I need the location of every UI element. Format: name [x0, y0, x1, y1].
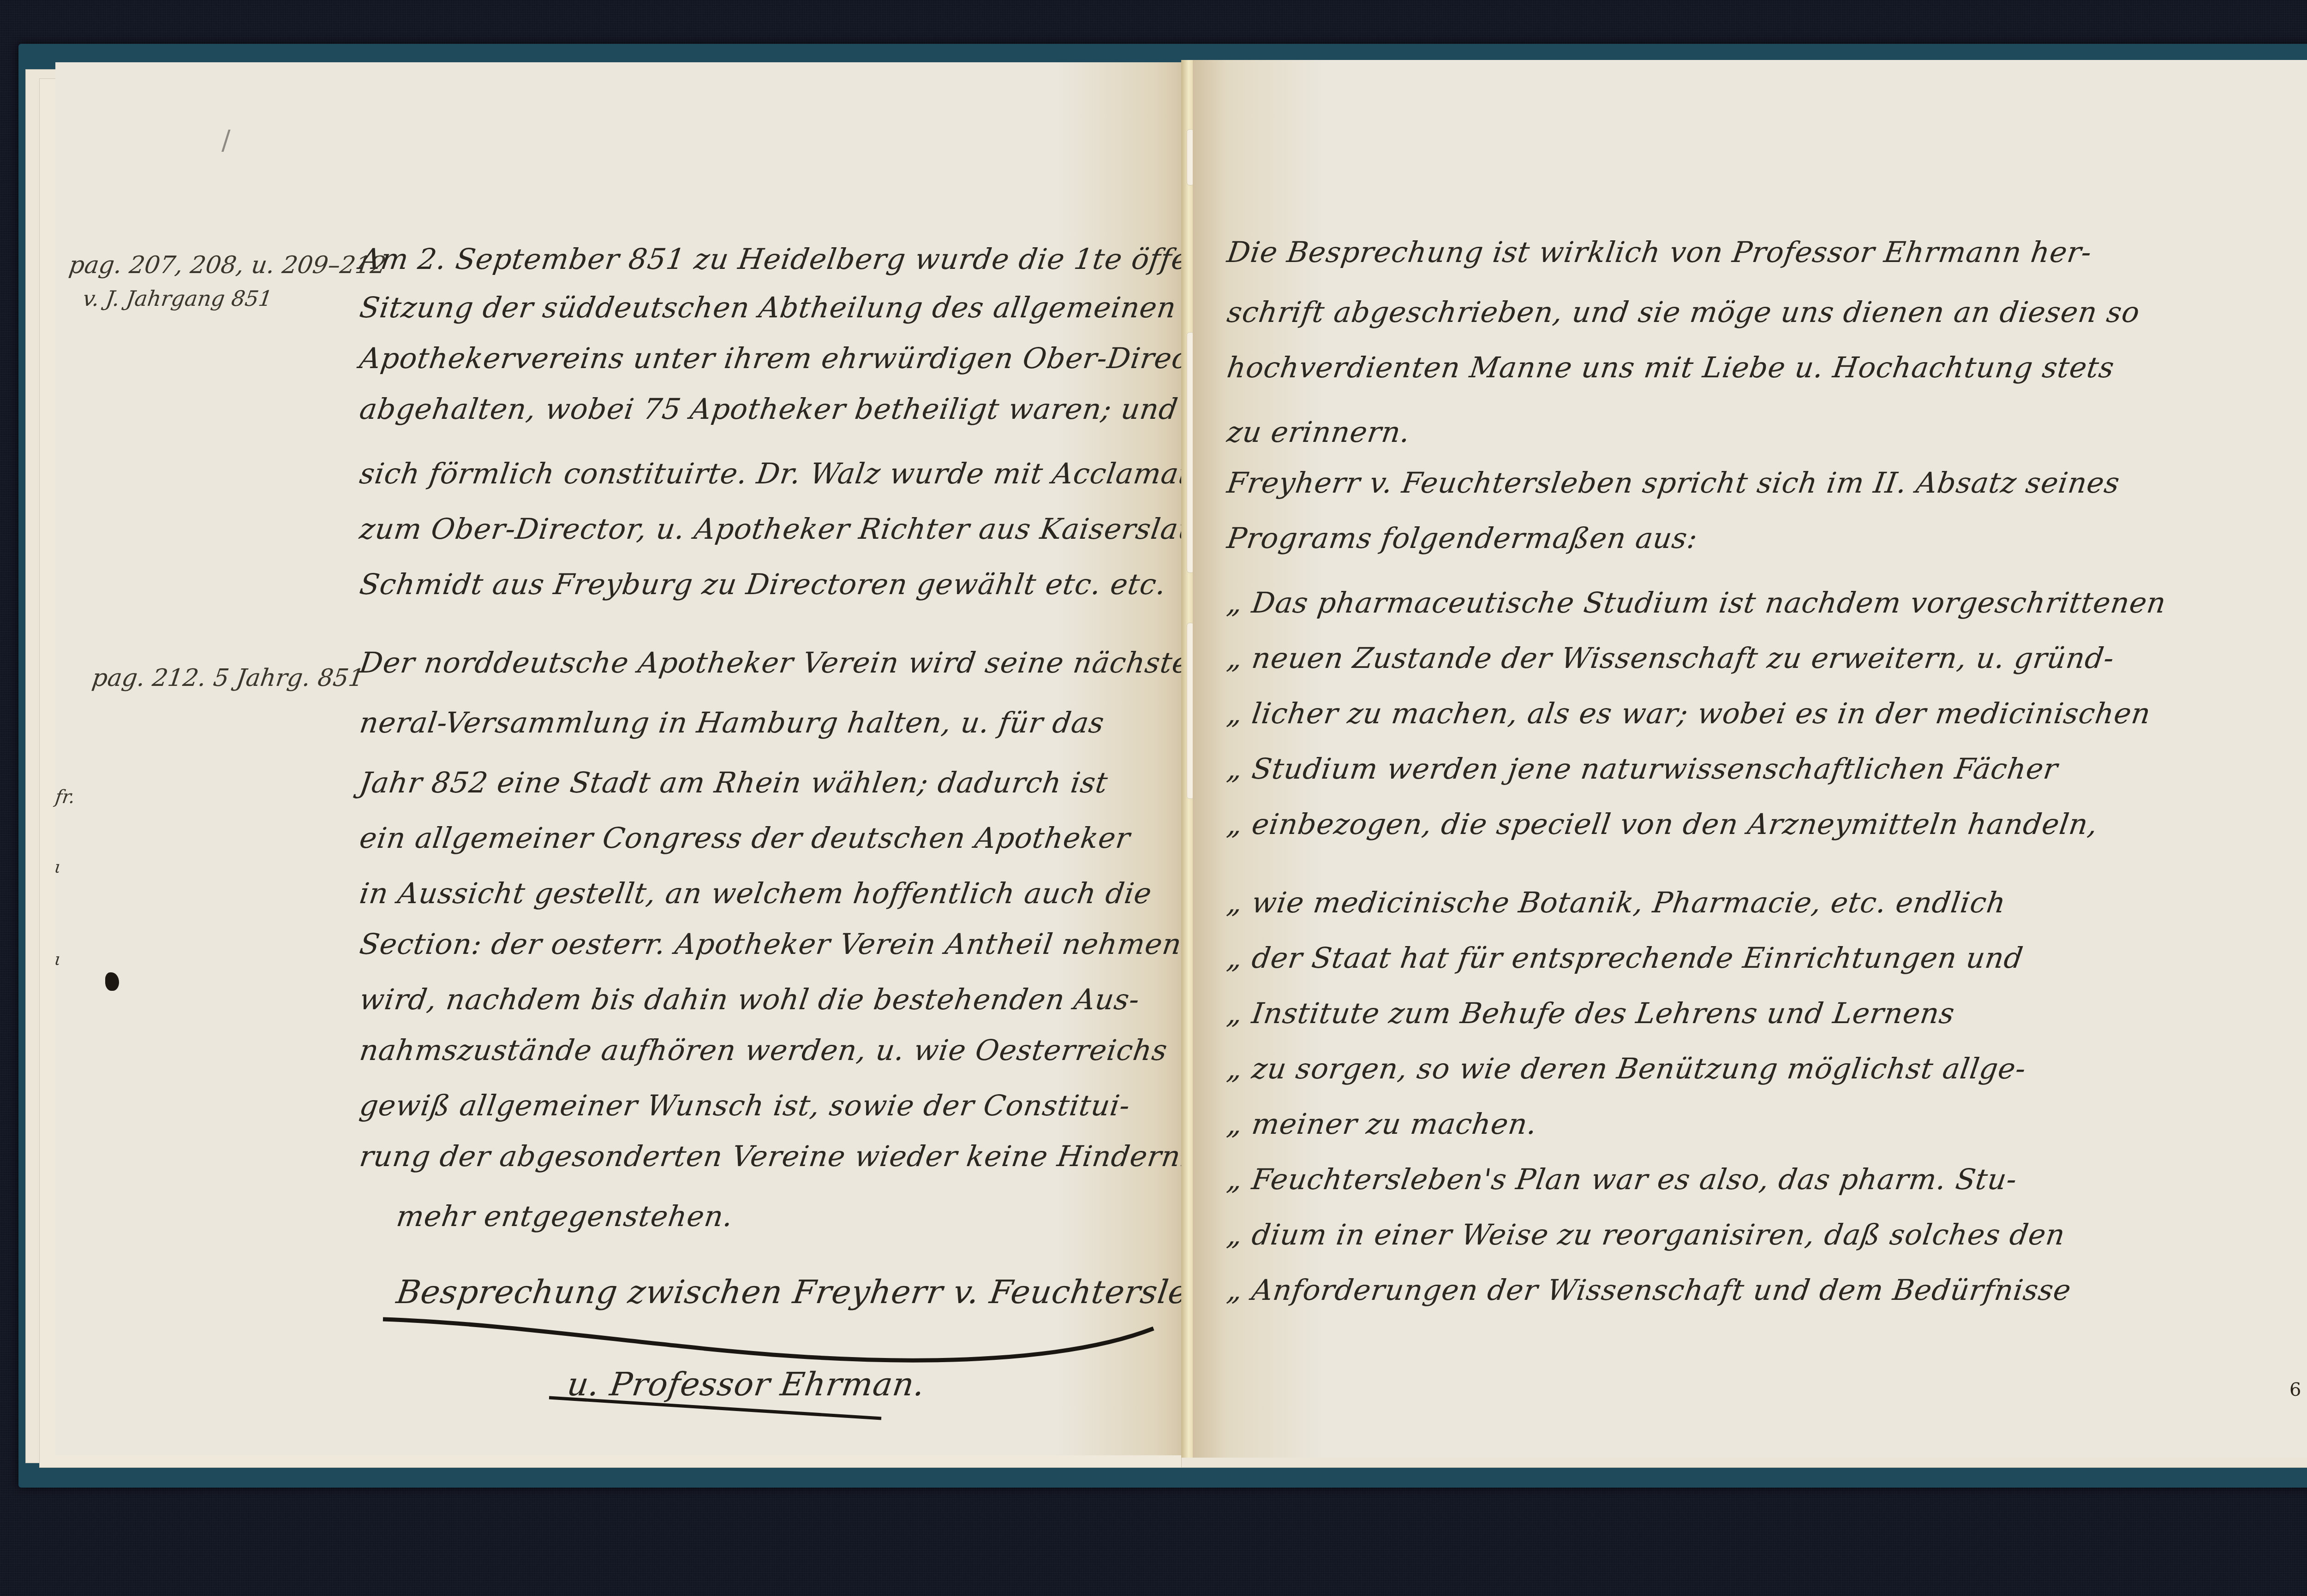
ink-blot: [105, 972, 119, 991]
text-line: in Aussicht gestellt, an welchem hoffent…: [358, 876, 1154, 910]
text-line: zum Ober-Director, u. Apotheker Richter …: [358, 512, 1300, 546]
text-line: „ dium in einer Weise zu reorganisiren, …: [1225, 1218, 2068, 1251]
text-line: „ Das pharmaceutische Studium ist nachde…: [1225, 586, 2169, 619]
text-line: „ Studium werden jene naturwissenschaftl…: [1225, 752, 2060, 786]
text-line: Die Besprechung ist wirklich von Profess…: [1225, 235, 2094, 269]
text-line: Programs folgendermaßen aus:: [1225, 521, 1700, 555]
pencil-mark: /: [221, 125, 231, 156]
text-line: „ Institute zum Behufe des Lehrens und L…: [1225, 996, 1957, 1030]
margin-note: pag. 212. 5 Jahrg. 851: [90, 664, 366, 692]
text-line: „ einbezogen, die speciell von den Arzne…: [1225, 807, 2100, 841]
text-line: ein allgemeiner Congress der deutschen A…: [358, 821, 1133, 855]
text-line: Jahr 852 eine Stadt am Rhein wählen; dad…: [358, 766, 1110, 799]
text-line: „ Feuchtersleben's Plan war es also, das…: [1225, 1162, 2019, 1196]
text-line: Schmidt aus Freyburg zu Directoren gewäh…: [358, 567, 1168, 601]
text-line: schrift abgeschrieben, und sie möge uns …: [1225, 295, 2142, 329]
text-line: neral-Versammlung in Hamburg halten, u. …: [358, 706, 1106, 739]
heading-underline: [378, 1310, 1163, 1365]
text-line: Freyherr v. Feuchtersleben spricht sich …: [1225, 466, 2122, 500]
text-line: „ meiner zu machen.: [1225, 1107, 1539, 1141]
text-line: zu erinnern.: [1225, 415, 1413, 449]
margin-note: v. J. Jahrgang 851: [81, 286, 274, 311]
subtitle-underline: [544, 1393, 886, 1425]
margin-note: fr.: [54, 786, 77, 808]
text-line: hochverdienten Manne uns mit Liebe u. Ho…: [1225, 351, 2116, 384]
page-number: 6: [2289, 1379, 2301, 1400]
text-line: Am 2. September 851 zu Heidelberg wurde …: [358, 242, 1294, 276]
text-line: rung der abgesonderten Vereine wieder ke…: [358, 1139, 1240, 1173]
text-line: Section: der oesterr. Apotheker Verein A…: [358, 927, 1184, 961]
margin-note: pag. 207, 208, u. 209–212: [67, 251, 388, 279]
text-line: „ wie medicinische Botanik, Pharmacie, e…: [1225, 886, 2008, 919]
text-line: Der norddeutsche Apotheker Verein wird s…: [358, 646, 1253, 679]
text-line: „ der Staat hat für entsprechende Einric…: [1225, 941, 2026, 975]
section-heading: Besprechung zwischen Freyherr v. Feuchte…: [394, 1273, 1253, 1311]
text-line: sich förmlich constituirte. Dr. Walz wur…: [358, 457, 1239, 490]
text-line: gewiß allgemeiner Wunsch ist, sowie der …: [358, 1089, 1132, 1122]
text-line: „ licher zu machen, als es war; wobei es…: [1225, 697, 2153, 730]
text-line: „ neuen Zustande der Wissenschaft zu erw…: [1225, 641, 2116, 675]
text-line: „ Anforderungen der Wissenschaft und dem…: [1225, 1273, 2074, 1307]
text-line: nahmszustände aufhören werden, u. wie Oe…: [358, 1033, 1170, 1067]
text-line: wird, nachdem bis dahin wohl die bestehe…: [358, 983, 1142, 1016]
text-line: mehr entgegenstehen.: [394, 1199, 735, 1233]
text-line: „ zu sorgen, so wie deren Benützung mögl…: [1225, 1052, 2028, 1085]
